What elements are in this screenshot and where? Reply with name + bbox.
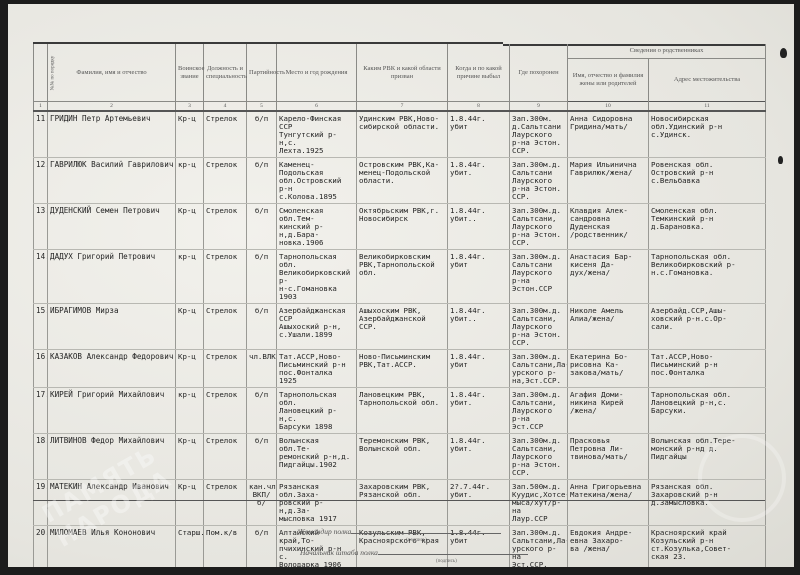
rank: кр-ц [176,250,204,304]
header-col-5: Партийность [247,44,277,102]
rank: Старш. [176,526,204,568]
header-col-7: Каким РВК и какой области призван [357,44,448,102]
ink-blot-icon [780,48,787,58]
position: Стрелок [204,480,247,526]
row-number: ✓14. [34,250,48,304]
party: б/п [247,434,277,480]
party: чл.ВЛКСМ [247,350,277,388]
table-row: ✓11. ГРИДИН Петр Артемьевич Кр-ц Стрелок… [34,111,766,158]
draft-office: Островским РВК,Ка- менец-Подольской обла… [357,158,448,204]
burial-place: Зап.300м.д. Сальтсани Лаурского р-на Эст… [510,158,568,204]
position: Стрелок [204,388,247,434]
col-number: 5 [247,102,277,112]
draft-office: Ново-Письминским РВК,Тат.АССР. [357,350,448,388]
header-col-2: Фамилия, имя и отчество [48,44,176,102]
header-col-4: Должность и специальность [204,44,247,102]
col-number: 6 [277,102,357,112]
rank: Кр-ц [176,304,204,350]
col-number: 4 [204,102,247,112]
relative-name: Екатерина Бо- рисовна Ка- закова/мать/ [568,350,649,388]
ink-blot-icon [778,156,783,164]
col-number: 7 [357,102,448,112]
party: б/п [247,204,277,250]
commander-label: Командир полка [300,527,351,536]
date-reason: 1.8.44г. убит [448,350,510,388]
chief-label: Начальник штаба полка [300,548,378,557]
position: Стрелок [204,434,247,480]
party: кан.чл. ВКП/б/ [247,480,277,526]
row-number: ✓13. [34,204,48,250]
header-col-11: Адрес местожительства [649,59,766,102]
birth-place-year: Тат.АССР,Ново- Письминский р-н пос.Фонта… [277,350,357,388]
birth-place-year: Каменец-Подольская обл.Островский р-н с.… [277,158,357,204]
relative-address: Новосибирская обл.Удинский р-н с.Удинск. [649,111,766,158]
table-row: ✓15. ИБРАГИМОВ Мирза Кр-ц Стрелок б/п Аз… [34,304,766,350]
relative-name: Клавдия Алек- сандровна Дуденская /родст… [568,204,649,250]
header-col-10: Имя, отчество и фамилия жены или родител… [568,59,649,102]
date-reason: 1.8.44г. убит [448,111,510,158]
col-number: 10 [568,102,649,112]
row-number: ✓12. [34,158,48,204]
soldier-name: ГРИДИН Петр Артемьевич [48,111,176,158]
header-col-3: Воинское звание [176,44,204,102]
soldier-name: ДАДУХ Григорий Петрович [48,250,176,304]
table-row: ✓13. ДУДЕНСКИЙ Семен Петрович Кр-ц Стрел… [34,204,766,250]
position: Стрелок [204,204,247,250]
relative-address: Ровенская обл. Островский р-н с.Вельбавк… [649,158,766,204]
col-number: 1 [34,102,48,112]
birth-place-year: Карело-Финская ССР Тунгутский р-н,с. Лех… [277,111,357,158]
date-reason: 1.8.44г. убит.. [448,304,510,350]
birth-place-year: Тарнопольская обл. Великобирковский р- н… [277,250,357,304]
chief-caption: (подпись) [436,559,457,564]
party: б/п [247,388,277,434]
table-row: ✓17. КИРЕЙ Григорий Михайлович кр-ц Стре… [34,388,766,434]
position: Стрелок [204,250,247,304]
position: Стрелок [204,158,247,204]
col-number: 9 [510,102,568,112]
relative-name: Анастасия Бар- кисеня Да- дух/жена/ [568,250,649,304]
burial-place: Зап.300м. д.Сальтсани Лаурского р-на Эст… [510,111,568,158]
row-number: ✓20. [34,526,48,568]
soldier-name: ГАВРИЛЮК Василий Гаврилович [48,158,176,204]
rank: Кр-ц [176,204,204,250]
relative-address: Тарнопольская обл. Великобирковский р- н… [649,250,766,304]
date-reason: 1.8.44г. убит. [448,434,510,480]
burial-place: Зап.300м.д. Сальтсани Лаурского р-на Эст… [510,250,568,304]
commander-caption: (подпись) [406,538,427,543]
relative-address: Тат.АССР,Ново- Письминский р-н пос.Фонта… [649,350,766,388]
birth-place-year: Тарнопольская обл. Лановецкий р-н,с. Бар… [277,388,357,434]
draft-office: Теремонским РВК, Волынской обл. [357,434,448,480]
party: б/п [247,111,277,158]
position: Стрелок [204,111,247,158]
soldier-name: КИРЕЙ Григорий Михайлович [48,388,176,434]
burial-place: Зап.300м.д. Сальтсани, Лаурского р-на Эс… [510,304,568,350]
position: Пом.к/в [204,526,247,568]
draft-office: Удинским РВК,Ново- сибирской области. [357,111,448,158]
table-row: ✓14. ДАДУХ Григорий Петрович кр-ц Стрело… [34,250,766,304]
burial-place: Зап.300м.д. Сальтсани, Лаурского р-на Эс… [510,204,568,250]
burial-place: Зап.500м.д. Куудис,Хотсе- мыса/хут/р-на … [510,480,568,526]
draft-office: Лановецким РВК, Тарнопольской обл. [357,388,448,434]
row-number: ✓17. [34,388,48,434]
relative-name: Прасковья Петровна Ли- твинова/мать/ [568,434,649,480]
party: б/п [247,304,277,350]
date-reason: 1.8.44г. убит. [448,388,510,434]
rank: Кр-ц [176,350,204,388]
party: б/п [247,158,277,204]
burial-place: Зап.300м.д. Сальтсани, Лаурского р-на Эс… [510,434,568,480]
relative-address: Смоленская обл. Темкинский р-н д.Баранов… [649,204,766,250]
row-number: ✓15. [34,304,48,350]
header-col-9: Где похоронен [510,44,568,102]
watermark-seal-icon [698,434,786,522]
party: б/п [247,250,277,304]
relative-address: Тарнопольская обл. Лановецкий р-н,с. Бар… [649,388,766,434]
birth-place-year: Азербайджанская ССР Ашыхоский р-н, с.Уша… [277,304,357,350]
draft-office: Великобирковским РВК,Тарнопольской обл. [357,250,448,304]
relative-name: Евдокия Андре- евна Захаро- ва /жена/ [568,526,649,568]
date-reason: 1.8.44г. убит.. [448,204,510,250]
row-number: ✓11. [34,111,48,158]
burial-place: Зап.300м.д. Сальтсани, Лаурского р-на Эс… [510,388,568,434]
table-row: ✓16. КАЗАКОВ Александр Федорович Кр-ц Ст… [34,350,766,388]
soldier-name: ИБРАГИМОВ Мирза [48,304,176,350]
draft-office: Захаровским РВК, Рязанской обл. [357,480,448,526]
relative-name: Мария Ильинична Гаврилюк/жена/ [568,158,649,204]
row-number: ✓18. [34,434,48,480]
soldier-name: КАЗАКОВ Александр Федорович [48,350,176,388]
date-reason: 2?.7.44г. убит. [448,480,510,526]
col-number: 8 [448,102,510,112]
rank: Кр-ц [176,111,204,158]
header-col-8: Когда и по какой причине выбыл [448,44,510,102]
row-number: ✓16. [34,350,48,388]
commander-signature-line: Командир полка [300,527,501,536]
col-number: 3 [176,102,204,112]
chief-signature-line: Начальник штаба полка [300,548,528,557]
document-sheet: №№ по порядку Фамилия, имя и отчество Во… [8,4,794,567]
relative-name: Николе Амель Алиа/жена/ [568,304,649,350]
draft-office: Ашыхоским РВК, Азербайджанской ССР. [357,304,448,350]
rank: кр-ц [176,388,204,434]
col-number: 2 [48,102,176,112]
relative-name: Анна Григорьевна Матекина/жена/ [568,480,649,526]
col-number: 11 [649,102,766,112]
header-group-relatives: Сведения о родственниках [568,44,766,59]
birth-place-year: Смоленская обл.Тем- кинский р-н,д.Бара- … [277,204,357,250]
burial-place: Зап.300м.д. Сальтсани,Ла- урского р- на,… [510,350,568,388]
header-col-6: Место и год рождения [277,44,357,102]
date-reason: 1.8.44г. убит. [448,158,510,204]
relative-address: Азербайд.ССР,Ашы- ховский р-н.с.Ор- сали… [649,304,766,350]
rank: кр-ц [176,158,204,204]
position: Стрелок [204,304,247,350]
party: б/п [247,526,277,568]
date-reason: 1.8.44г. убит [448,250,510,304]
birth-place-year: Волынская обл.Те- ремонский р-н,д. Пидга… [277,434,357,480]
relative-name: Агафия Доми- никина Кирей /жена/ [568,388,649,434]
soldier-name: ДУДЕНСКИЙ Семен Петрович [48,204,176,250]
table-row: ✓12. ГАВРИЛЮК Василий Гаврилович кр-ц Ст… [34,158,766,204]
relative-address: Красноярский край Козульский р-н ст.Козу… [649,526,766,568]
draft-office: Октябрьским РВК,г. Новосибирск [357,204,448,250]
burial-place: Зап.300м.д. Сальтсани,Ла- урского р-на Э… [510,526,568,568]
birth-place-year: Рязанская обл.Заха- ровский р-н,д.За- мы… [277,480,357,526]
header-col-1: №№ по порядку [34,44,48,102]
relative-name: Анна Сидоровна Гридина/мать/ [568,111,649,158]
position: Стрелок [204,350,247,388]
